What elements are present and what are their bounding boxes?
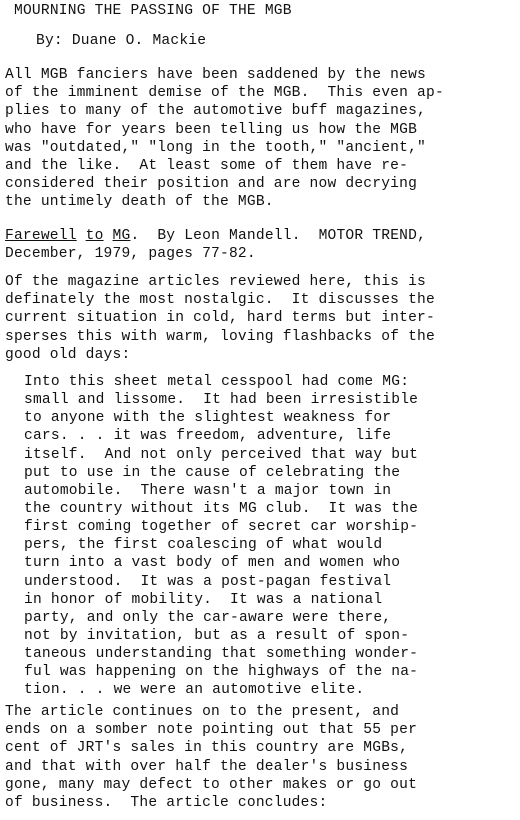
quote-line: Into this sheet metal cesspool had come … [24,373,418,391]
citation: Farewell to MG. By Leon Mandell. MOTOR T… [5,227,426,263]
text-line: was "outdated," "long in the tooth," "an… [5,139,444,157]
text-line: good old days: [5,346,435,364]
text-line: current situation in cold, hard terms bu… [5,309,435,327]
text-line: cent of JRT's sales in this country are … [5,739,417,757]
quote-line: pers, the first coalescing of what would [24,536,418,554]
citation-month: December, [5,246,95,262]
citation-line-1: Farewell to MG. By Leon Mandell. MOTOR T… [5,227,426,245]
citation-rest: . By Leon Mandell. MOTOR TREND, [130,228,426,244]
author-byline: By: Duane O. Mackie [36,32,206,50]
text-line: sperses this with warm, loving flashback… [5,328,435,346]
quote-line: put to use in the cause of celebrating t… [24,464,418,482]
document-title: MOURNING THE PASSING OF THE MGB [14,2,292,20]
citation-line-2: December, 1979, pages 77-82. [5,245,426,263]
quote-line: small and lissome. It had been irresisti… [24,391,418,409]
quote-line: itself. And not only perceived that way … [24,446,418,464]
citation-title-word: MG [113,228,131,244]
quote-line: understood. It was a post-pagan festival [24,573,418,591]
text-line: and the like. At least some of them have… [5,157,444,175]
text-line: The article continues on to the present,… [5,703,417,721]
text-line: plies to many of the automotive buff mag… [5,102,444,120]
text-line: and that with over half the dealer's bus… [5,758,417,776]
citation-pages: , pages 77-82. [130,246,255,262]
typewritten-page: MOURNING THE PASSING OF THE MGB By: Duan… [0,0,520,820]
quote-line: turn into a vast body of men and women w… [24,554,418,572]
text-line: definately the most nostalgic. It discus… [5,291,435,309]
quote-line: the country without its MG club. It was … [24,500,418,518]
block-quote: Into this sheet metal cesspool had come … [24,373,418,700]
quote-line: automobile. There wasn't a major town in [24,482,418,500]
text-line: of the imminent demise of the MGB. This … [5,84,444,102]
text-line: Of the magazine articles reviewed here, … [5,273,435,291]
text-line: the untimely death of the MGB. [5,193,444,211]
quote-line: ful was happening on the highways of the… [24,663,418,681]
quote-line: in honor of mobility. It was a national [24,591,418,609]
citation-title-word: to [86,228,104,244]
intro-paragraph: All MGB fanciers have been saddened by t… [5,66,444,212]
quote-line: to anyone with the slightest weakness fo… [24,409,418,427]
text-line: of business. The article concludes: [5,794,417,812]
text-line: gone, many may defect to other makes or … [5,776,417,794]
text-line: considered their position and are now de… [5,175,444,193]
citation-title-word: Farewell [5,228,77,244]
quote-line: cars. . . it was freedom, adventure, lif… [24,427,418,445]
citation-year: 1979 [95,246,131,262]
quote-line: first coming together of secret car wors… [24,518,418,536]
closing-paragraph: The article continues on to the present,… [5,703,417,812]
quote-line: party, and only the car-aware were there… [24,609,418,627]
quote-line: not by invitation, but as a result of sp… [24,627,418,645]
text-line: All MGB fanciers have been saddened by t… [5,66,444,84]
text-line: who have for years been telling us how t… [5,121,444,139]
review-paragraph: Of the magazine articles reviewed here, … [5,273,435,364]
quote-line: tion. . . we were an automotive elite. [24,681,418,699]
quote-line: taneous understanding that something won… [24,645,418,663]
text-line: ends on a somber note pointing out that … [5,721,417,739]
